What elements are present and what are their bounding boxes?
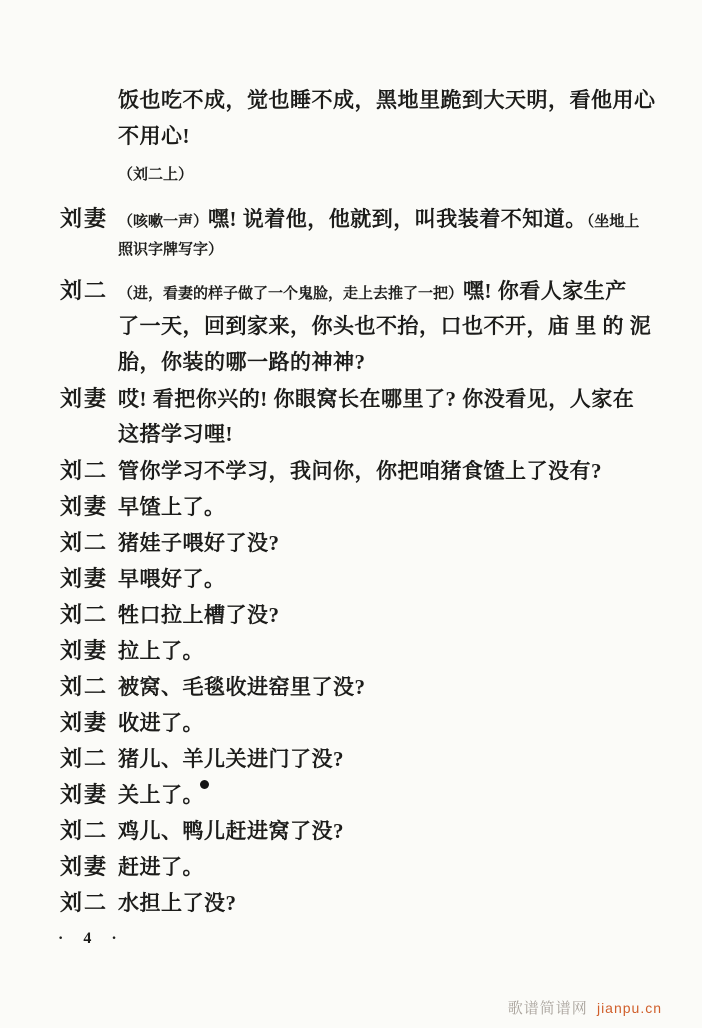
- speaker-label: 刘二: [60, 742, 118, 773]
- script-line: （刘二上）: [60, 163, 666, 199]
- script-line: 刘二 鸡儿、鸭儿赶进窝了没?: [60, 814, 666, 850]
- line-text: 猪儿、羊儿关进门了没?: [118, 743, 666, 773]
- line-text: 胎，你装的哪一路的神神?: [118, 346, 666, 376]
- stage-direction: （坐地上: [587, 214, 640, 230]
- script-line: 刘二 管你学习不学习，我问你，你把咱猪食馇上了没有?: [60, 454, 666, 490]
- speaker-label: 刘妻: [60, 778, 118, 809]
- stage-direction: 照识字牌写字）: [118, 242, 223, 258]
- script-line: 刘二 猪儿、羊儿关进门了没?: [60, 742, 666, 778]
- line-text: 拉上了。: [118, 635, 666, 665]
- speaker-label: 刘妻: [60, 382, 118, 413]
- speaker-label: 刘二: [60, 670, 118, 701]
- line-text: 牲口拉上槽了没?: [118, 599, 666, 629]
- speaker-label: 刘妻: [60, 850, 118, 881]
- script-line: 刘二 （进，看妻的样子做了一个鬼脸，走上去推了一把）嘿! 你看人家生产: [60, 274, 666, 310]
- stage-direction: （咳嗽一声）: [118, 214, 208, 230]
- line-text: （进，看妻的样子做了一个鬼脸，走上去推了一把）嘿! 你看人家生产: [118, 275, 666, 305]
- dialogue-text: 拉上了。: [118, 639, 204, 663]
- script-line: 刘妻 关上了。: [60, 778, 666, 814]
- stage-direction: （进，看妻的样子做了一个鬼脸，走上去推了一把）: [118, 286, 463, 302]
- line-text: 早喂好了。: [118, 563, 666, 593]
- script-line: 胎，你装的哪一路的神神?: [60, 346, 666, 382]
- line-text: 这搭学习哩!: [118, 418, 666, 448]
- speaker-label: 刘妻: [60, 490, 118, 521]
- line-text: 管你学习不学习，我问你，你把咱猪食馇上了没有?: [118, 455, 666, 485]
- script-line: 刘妻 （咳嗽一声）嘿! 说着他，他就到，叫我装着不知道。（坐地上: [60, 202, 666, 238]
- dialogue-text: 不用心!: [118, 124, 190, 148]
- watermark-site-name: 歌谱简谱网: [508, 1000, 588, 1017]
- line-text: 赶进了。: [118, 851, 666, 881]
- dialogue-text: 嘿! 你看人家生产: [463, 279, 627, 303]
- dialogue-text: 早喂好了。: [118, 567, 226, 591]
- line-text: 了一天，回到家来，你头也不抬，口也不开，庙 里 的 泥: [118, 310, 666, 340]
- speaker-label: 刘二: [60, 526, 118, 557]
- script-line: 照识字牌写字）: [60, 238, 666, 274]
- dialogue-text: 管你学习不学习，我问你，你把咱猪食馇上了没有?: [118, 459, 602, 483]
- line-text: 关上了。: [118, 779, 666, 809]
- dialogue-text: 被窝、毛毯收进窑里了没?: [118, 675, 366, 699]
- speaker-label: 刘二: [60, 274, 118, 305]
- script-line: 饭也吃不成，觉也睡不成，黑地里跪到大天明，看他用心: [60, 84, 666, 120]
- dialogue-text: 了一天，回到家来，你头也不抬，口也不开，庙 里 的 泥: [118, 314, 651, 338]
- dialogue-text: 水担上了没?: [118, 891, 237, 915]
- line-text: 鸡儿、鸭儿赶进窝了没?: [118, 815, 666, 845]
- line-text: 被窝、毛毯收进窑里了没?: [118, 671, 666, 701]
- dialogue-text: 牲口拉上槽了没?: [118, 603, 280, 627]
- script-lines: 饭也吃不成，觉也睡不成，黑地里跪到大天明，看他用心 不用心! （刘二上） 刘妻 …: [0, 0, 702, 922]
- dialogue-text: 嘿! 说着他，他就到，叫我装着不知道。: [208, 207, 587, 231]
- script-line: 刘二 牲口拉上槽了没?: [60, 598, 666, 634]
- line-text: 早馇上了。: [118, 491, 666, 521]
- page-number: · 4 ·: [58, 930, 702, 948]
- dialogue-text: 猪儿、羊儿关进门了没?: [118, 747, 344, 771]
- line-text: （咳嗽一声）嘿! 说着他，他就到，叫我装着不知道。（坐地上: [118, 203, 666, 233]
- dialogue-text: 鸡儿、鸭儿赶进窝了没?: [118, 819, 344, 843]
- script-line: 了一天，回到家来，你头也不抬，口也不开，庙 里 的 泥: [60, 310, 666, 346]
- speaker-label: 刘妻: [60, 706, 118, 737]
- line-text: 猪娃子喂好了没?: [118, 527, 666, 557]
- dialogue-text: 早馇上了。: [118, 495, 226, 519]
- script-line: 刘妻 拉上了。: [60, 634, 666, 670]
- script-line: 刘二 猪娃子喂好了没?: [60, 526, 666, 562]
- line-text: 饭也吃不成，觉也睡不成，黑地里跪到大天明，看他用心: [118, 84, 666, 114]
- script-line: 刘妻 收进了。: [60, 706, 666, 742]
- dialogue-text: 赶进了。: [118, 855, 204, 879]
- script-line: 刘妻 哎! 看把你兴的! 你眼窝长在哪里了? 你没看见，人家在: [60, 382, 666, 418]
- speaker-label: 刘二: [60, 598, 118, 629]
- dialogue-text: 饭也吃不成，觉也睡不成，黑地里跪到大天明，看他用心: [118, 88, 656, 112]
- script-line: 刘妻 赶进了。: [60, 850, 666, 886]
- script-line: 刘妻 早喂好了。: [60, 562, 666, 598]
- stage-direction: （刘二上）: [118, 167, 193, 183]
- script-line: 不用心!: [60, 120, 666, 156]
- dialogue-text: 关上了。: [118, 783, 204, 807]
- watermark: 歌谱简谱网 jianpu.cn: [508, 997, 662, 1018]
- speaker-label: 刘妻: [60, 634, 118, 665]
- speaker-label: 刘妻: [60, 202, 118, 233]
- dialogue-text: 收进了。: [118, 711, 204, 735]
- line-text: 收进了。: [118, 707, 666, 737]
- speaker-label: 刘二: [60, 886, 118, 917]
- script-line: 刘二 被窝、毛毯收进窑里了没?: [60, 670, 666, 706]
- dialogue-text: 哎! 看把你兴的! 你眼窝长在哪里了? 你没看见，人家在: [118, 387, 634, 411]
- line-text: （刘二上）: [118, 163, 666, 184]
- line-text: 水担上了没?: [118, 887, 666, 917]
- scanned-script-page: 饭也吃不成，觉也睡不成，黑地里跪到大天明，看他用心 不用心! （刘二上） 刘妻 …: [0, 0, 702, 1028]
- line-text: 哎! 看把你兴的! 你眼窝长在哪里了? 你没看见，人家在: [118, 383, 666, 413]
- script-line: 这搭学习哩!: [60, 418, 666, 454]
- ink-dot: [200, 780, 209, 789]
- dialogue-text: 这搭学习哩!: [118, 422, 233, 446]
- line-text: 照识字牌写字）: [118, 238, 666, 259]
- dialogue-text: 猪娃子喂好了没?: [118, 531, 280, 555]
- speaker-label: 刘二: [60, 454, 118, 485]
- line-text: 不用心!: [118, 120, 666, 150]
- dialogue-text: 胎，你装的哪一路的神神?: [118, 350, 366, 374]
- watermark-site-url: jianpu.cn: [597, 1000, 662, 1016]
- script-line: 刘妻 早馇上了。: [60, 490, 666, 526]
- speaker-label: 刘妻: [60, 562, 118, 593]
- speaker-label: 刘二: [60, 814, 118, 845]
- script-line: 刘二 水担上了没?: [60, 886, 666, 922]
